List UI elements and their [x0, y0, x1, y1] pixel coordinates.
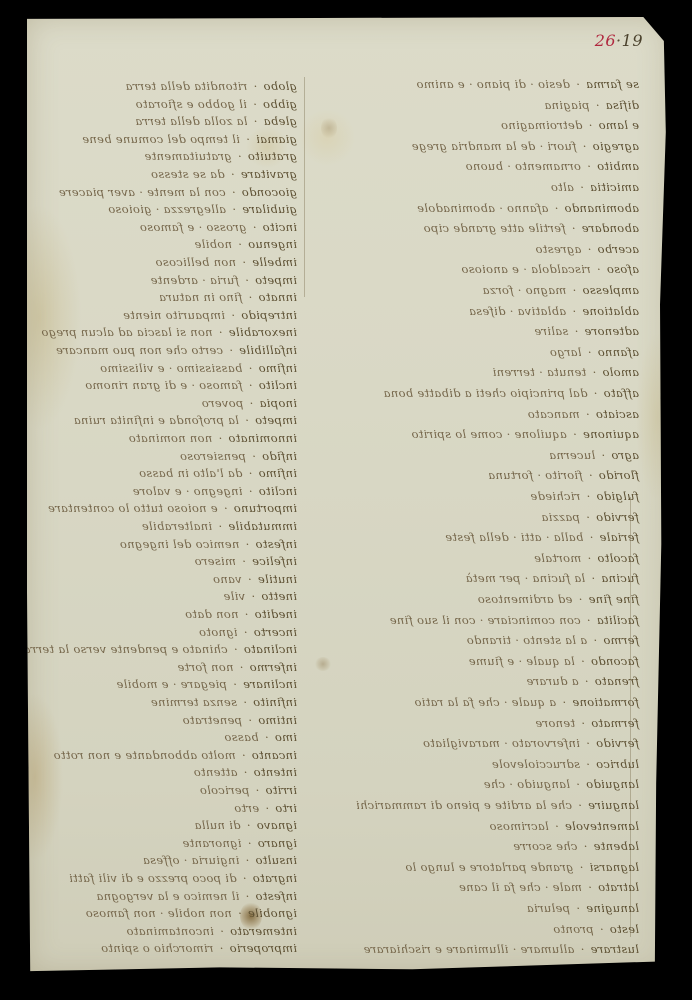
entry-headword: infimo	[258, 466, 297, 480]
entry-headword: infimo	[258, 361, 297, 375]
entry-headword: fervido	[596, 736, 639, 750]
entry-separator-dot: ·	[594, 922, 610, 936]
foxing-spot	[321, 117, 337, 139]
entry-definition: famoso · e di gran rinomo	[85, 378, 243, 392]
left-column-margin-rule	[304, 77, 305, 297]
entry-definition: salire	[534, 324, 568, 338]
entry-separator-dot: ·	[218, 501, 234, 515]
glossary-entry: imo·basso	[224, 730, 297, 744]
entry-separator-dot: ·	[213, 325, 229, 339]
entry-separator-dot: ·	[237, 871, 253, 885]
entry-separator-dot: ·	[549, 819, 565, 833]
folio-number-red: 26	[595, 31, 616, 50]
entry-headword: lubrico	[596, 757, 639, 771]
entry-headword: innato	[258, 290, 297, 304]
entry-separator-dot: ·	[236, 255, 252, 269]
entry-definition: vano	[213, 572, 242, 586]
entry-separator-dot: ·	[213, 941, 229, 955]
entry-separator-dot: ·	[242, 713, 258, 727]
entry-headword: inopia	[259, 396, 297, 410]
glossary-entry: infesto·nemico del ingegno	[120, 537, 297, 551]
entry-separator-dot: ·	[574, 180, 590, 194]
entry-definition: tenore	[535, 716, 575, 730]
entry-separator-dot: ·	[580, 736, 596, 750]
glossary-entry: frenato·a durare	[526, 674, 639, 688]
entry-definition: grosso · e famoso	[140, 220, 247, 234]
entry-headword: ignobile	[248, 906, 297, 920]
glossary-entry: lubrico·sdrucciolevole	[492, 757, 639, 771]
entry-definition: furia · ardente	[150, 273, 239, 287]
glossary-entry: fine fine·ed ardimentoso	[477, 592, 639, 606]
entry-separator-dot: ·	[259, 730, 275, 744]
entry-definition: la fucina · per metà	[465, 571, 585, 585]
glossary-entry: fucina·la fucina · per metà	[465, 571, 639, 585]
glossary-entry: labente·che scorre	[513, 839, 639, 853]
glossary-entry: fermo·a la stento · tirando	[467, 633, 639, 647]
glossary-entry: irrito·pericolo	[200, 783, 297, 797]
entry-separator-dot: ·	[575, 716, 591, 730]
entry-separator-dot: ·	[243, 378, 259, 392]
entry-separator-dot: ·	[582, 345, 598, 359]
glossary-entry: inclito·ingegno · e valore	[132, 484, 297, 498]
entry-definition: ingegno · e valore	[132, 484, 242, 498]
glossary-entry: ingenuo·nobile	[194, 237, 297, 251]
entry-headword: languido	[586, 777, 639, 791]
entry-headword: inclinare	[243, 677, 297, 691]
glossary-entry: latrato·male · che fa il cane	[459, 880, 639, 894]
entry-definition: penetrato	[182, 713, 242, 727]
entry-definition: gratuitamente	[144, 149, 231, 163]
entry-definition: aquilone · come lo spirito	[411, 427, 567, 441]
entry-headword: intrepido	[241, 308, 297, 322]
entry-headword: inclito	[258, 378, 297, 392]
glossary-entry: inclinare·piegare · e mobile	[116, 677, 297, 691]
entry-separator-dot: ·	[579, 674, 595, 688]
entry-headword: infallibile	[239, 343, 297, 357]
entry-separator-dot: ·	[570, 901, 586, 915]
entry-definition: mortale	[534, 551, 581, 565]
entry-definition: ignorante	[182, 836, 241, 850]
entry-headword: labente	[593, 839, 639, 853]
entry-headword: se farma	[586, 77, 639, 91]
entry-definition: a quale · che fa la ratio	[414, 695, 556, 709]
entry-separator-dot: ·	[572, 798, 588, 812]
foxing-spot	[315, 657, 331, 671]
entry-separator-dot: ·	[245, 589, 261, 603]
glossary-entry: florido·fiorito · fortuna	[488, 468, 639, 482]
glossary-entry: inclito·famoso · e di gran rinomo	[85, 378, 297, 392]
glossary-entry: facilita·con cominciare · con il suo fin…	[389, 613, 639, 627]
entry-definition: rimorchio o spinto	[101, 941, 213, 955]
entry-definition: non nobile · non famoso	[85, 906, 231, 920]
entry-separator-dot: ·	[587, 386, 603, 400]
entry-definition: pensieroso	[180, 449, 246, 463]
glossary-entry: agro·lucerna	[549, 448, 639, 462]
entry-headword: facilita	[597, 613, 639, 627]
entry-definition: che scorre	[513, 839, 577, 853]
entry-headword: imbelle	[252, 255, 297, 269]
entry-headword: infesto	[255, 537, 297, 551]
entry-separator-dot: ·	[232, 149, 248, 163]
entry-separator-dot: ·	[589, 98, 605, 112]
entry-separator-dot: ·	[226, 202, 242, 216]
entry-definition: la quale · e fiume	[469, 654, 575, 668]
entry-definition: erto	[234, 801, 259, 815]
entry-headword: impeto	[255, 413, 297, 427]
entry-definition: non bellicoso	[155, 255, 236, 269]
entry-definition: languido · che	[483, 777, 570, 791]
glossary-entry: inopia·povero	[202, 396, 298, 410]
entry-headword: impeto	[255, 273, 297, 287]
glossary-entry: affato·dal principio cheti a dibatte bon…	[383, 386, 639, 400]
entry-headword: irrito	[265, 783, 297, 797]
entry-definition: a durare	[526, 674, 578, 688]
entry-definition: allumare · illuminare e rischiarare	[363, 942, 574, 956]
glossary-entry: fervido·infervorato · maravigliato	[423, 736, 639, 750]
entry-definition: lucerna	[549, 448, 595, 462]
entry-separator-dot: ·	[591, 262, 607, 276]
entry-separator-dot: ·	[240, 132, 256, 146]
entry-definition: non nominato	[129, 431, 213, 445]
entry-definition: largo	[550, 345, 582, 359]
entry-headword: inetto	[261, 589, 297, 603]
entry-definition: piagina	[544, 98, 589, 112]
glossary-entry: formatione·a quale · che fa la ratio	[414, 695, 639, 709]
entry-separator-dot: ·	[556, 695, 572, 709]
entry-definition: attento	[193, 765, 237, 779]
entry-separator-dot: ·	[246, 220, 262, 234]
entry-definition: inalterabile	[142, 519, 213, 533]
entry-headword: infesto	[255, 889, 297, 903]
entry-definition: fiorito · fortuna	[488, 468, 583, 482]
entry-headword: gibbo	[263, 97, 297, 111]
entry-separator-dot: ·	[242, 572, 258, 586]
entry-headword: languire	[588, 798, 639, 812]
entry-headword: afoso	[607, 262, 639, 276]
entry-headword: importuno	[234, 501, 297, 515]
entry-headword: ambito	[597, 159, 639, 173]
glossary-entry: abominando·afanno · abominadole	[417, 201, 639, 215]
entry-separator-dot: ·	[212, 431, 228, 445]
entry-definition: ignoto	[199, 625, 238, 639]
entry-definition: pericolo	[200, 783, 250, 797]
entry-headword: facondo	[591, 654, 639, 668]
glossary-entry: gleba·la zolla della terra	[135, 114, 297, 128]
glossary-entry: infesto·il nemico e la vergogna	[96, 889, 297, 903]
glossary-entry: infinito·senza termine	[151, 695, 297, 709]
entry-separator-dot: ·	[566, 283, 582, 297]
entry-headword: ablatione	[582, 304, 639, 318]
entry-separator-dot: ·	[572, 592, 588, 606]
entry-separator-dot: ·	[576, 139, 592, 153]
glossary-entry: infallibile·certo che non puo mancare	[56, 343, 297, 357]
entry-headword: improperio	[229, 941, 297, 955]
entry-separator-dot: ·	[223, 343, 239, 357]
entry-headword: ingenuo	[248, 237, 297, 251]
glossary-entry: intemerato·incontaminato	[126, 924, 297, 938]
entry-definition: magno · forza	[482, 283, 566, 297]
entry-definition: riscaldola · e anoioso	[461, 262, 591, 276]
glossary-entry: innominato·non nominato	[129, 431, 298, 445]
entry-definition: basso	[224, 730, 258, 744]
glossary-entry: giocondo·con la mente · aver piacere	[59, 185, 297, 199]
entry-headword: lagnarsi	[589, 860, 639, 874]
entry-headword: intento	[253, 765, 297, 779]
entry-definition: impaurito niente	[123, 308, 225, 322]
entry-definition: pronto	[553, 922, 594, 936]
entry-definition: con la mente · aver piacere	[59, 185, 226, 199]
entry-definition: bassissimo · e vilissimo	[100, 361, 242, 375]
entry-headword: amolo	[602, 365, 639, 379]
glossary-entry: giubilare·allegrezza · gioioso	[108, 202, 297, 216]
entry-separator-dot: ·	[233, 660, 249, 674]
entry-separator-dot: ·	[567, 427, 583, 441]
glossary-entry: afanno·largo	[550, 345, 639, 359]
glossary-entry: ignavo·di nulla	[194, 818, 297, 832]
entry-separator-dot: ·	[259, 801, 275, 815]
entry-separator-dot: ·	[227, 677, 243, 691]
glossary-entry: gibbo·il gobbo e sfiorato	[135, 97, 297, 111]
entry-separator-dot: ·	[243, 396, 259, 410]
entry-separator-dot: ·	[566, 221, 582, 235]
entry-separator-dot: ·	[239, 273, 255, 287]
glossary-entry: globo·ritondita della terra	[125, 79, 297, 93]
entry-headword: giamai	[256, 132, 297, 146]
glossary-entry: afoso·riscaldola · e anoioso	[461, 262, 639, 276]
entry-separator-dot: ·	[583, 468, 599, 482]
entry-separator-dot: ·	[241, 818, 257, 832]
entry-definition: incontaminato	[126, 924, 214, 938]
glossary-entry: infermo·non forte	[177, 660, 297, 674]
entry-definition: ed ardimentoso	[477, 592, 572, 606]
entry-separator-dot: ·	[238, 625, 254, 639]
entry-definition: non forte	[177, 660, 233, 674]
entry-headword: inedito	[254, 607, 297, 621]
entry-definition: nobile	[194, 237, 232, 251]
entry-definition: agresto	[535, 242, 581, 256]
glossary-entry: immutabile·inalterabile	[142, 519, 297, 533]
entry-separator-dot: ·	[225, 167, 241, 181]
entry-definition: nemico del ingegno	[120, 537, 240, 551]
glossary-entry: lanugine·peluria	[527, 901, 639, 915]
entry-headword: abondare	[582, 221, 639, 235]
entry-separator-dot: ·	[239, 889, 255, 903]
glossary-entry: inedito·non dato	[185, 607, 297, 621]
entry-separator-dot: ·	[242, 466, 258, 480]
entry-definition: certo che non puo mancare	[56, 343, 223, 357]
glossary-entry: incito·grosso · e famoso	[140, 220, 297, 234]
entry-separator-dot: ·	[247, 114, 263, 128]
entry-headword: abominando	[564, 201, 639, 215]
entry-headword: amicitia	[590, 180, 639, 194]
glossary-entry: improperio·rimorchio o spinto	[101, 941, 297, 955]
entry-headword: fervido	[596, 510, 639, 524]
entry-definition: male · che fa il cane	[459, 880, 582, 894]
entry-definition: il tempo del comune bene	[82, 132, 240, 146]
entry-headword: lustrare	[590, 942, 639, 956]
entry-headword: ingrato	[253, 871, 297, 885]
glossary-entry: incerto·ignoto	[199, 625, 297, 639]
glossary-entry: infimo·da l'alto in basso	[139, 466, 297, 480]
entry-separator-dot: ·	[214, 924, 230, 938]
entry-headword: adtenore	[584, 324, 639, 338]
entry-separator-dot: ·	[238, 607, 254, 621]
glossary-entry: fulgido·richiede	[530, 489, 639, 503]
entry-definition: peluria	[527, 901, 570, 915]
entry-definition: fino in natura	[159, 290, 243, 304]
entry-definition: con cominciare · con il suo fine	[389, 613, 580, 627]
glossary-entry: inetto·vile	[223, 589, 297, 603]
entry-definition: non si lascia ad alcun prego	[41, 325, 212, 339]
glossary-entry: irto·erto	[234, 801, 297, 815]
entry-definition: la zolla della terra	[135, 114, 247, 128]
glossary-entry: facondo·la quale · e fiume	[469, 654, 639, 668]
glossary-entry: asciato·mancato	[528, 407, 639, 421]
entry-headword: imo	[275, 730, 297, 744]
glossary-entry: inexorabile·non si lascia ad alcun prego	[41, 325, 297, 339]
entry-headword: amplesso	[582, 283, 639, 297]
entry-headword: inclinato	[244, 642, 297, 656]
glossary-entry: amicitia·alto	[551, 180, 639, 194]
glossary-entry: inutile·vano	[213, 572, 297, 586]
entry-separator-dot: ·	[581, 242, 597, 256]
entry-separator-dot: ·	[566, 304, 582, 318]
glossary-entry: gratuito·gratuitamente	[144, 149, 297, 163]
entry-definition: e noioso tutto lo contentare	[48, 501, 218, 515]
entry-headword: insulto	[255, 853, 297, 867]
entry-separator-dot: ·	[247, 97, 263, 111]
entry-definition: ingiuria · offesa	[143, 853, 240, 867]
glossary-entry: fermato·tenore	[535, 716, 639, 730]
glossary-entry: agregio·fuori · de la mandria grege	[412, 139, 639, 153]
glossary-entry: adtenore·salire	[534, 324, 639, 338]
entry-definition: mancato	[528, 407, 580, 421]
glossary-entry: infido·pensieroso	[180, 449, 297, 463]
entry-definition: vile	[223, 589, 245, 603]
glossary-entry: ignobile·non nobile · non famoso	[85, 906, 297, 920]
entry-separator-dot: ·	[570, 77, 586, 91]
entry-headword: fine fine	[588, 592, 639, 606]
entry-headword: incanto	[252, 748, 297, 762]
glossary-entry: feriale·balla · atti · della feste	[445, 530, 639, 544]
entry-definition: ritondita della terra	[125, 79, 247, 93]
glossary-entry: difisa·piagina	[544, 98, 639, 112]
entry-separator-dot: ·	[225, 308, 241, 322]
entry-definition: a la stento · tirando	[467, 633, 588, 647]
entry-separator-dot: ·	[577, 839, 593, 853]
glossary-entry: incanto·molto abbondante e non rotto	[53, 748, 297, 762]
entry-separator-dot: ·	[580, 757, 596, 771]
entry-separator-dot: ·	[581, 159, 597, 173]
entry-separator-dot: ·	[228, 642, 244, 656]
glossary-entry: infimo·bassissimo · e vilissimo	[100, 361, 297, 375]
entry-separator-dot: ·	[236, 554, 252, 568]
folio-number-dark: 19	[622, 31, 643, 50]
glossary-entry: facolto·mortale	[534, 551, 639, 565]
entry-separator-dot: ·	[232, 237, 248, 251]
entry-definition: da se stesso	[151, 167, 225, 181]
entry-definition: misero	[194, 554, 236, 568]
entry-definition: afanno · abominadole	[417, 201, 548, 215]
entry-separator-dot: ·	[575, 654, 591, 668]
glossary-entry: giamai·il tempo del comune bene	[82, 132, 297, 146]
glossary-entry: lesto·pronto	[553, 922, 639, 936]
glossary-entry: impeto·furia · ardente	[150, 273, 297, 287]
entry-headword: affato	[603, 386, 639, 400]
entry-headword: florido	[599, 468, 639, 482]
entry-headword: immutabile	[228, 519, 297, 533]
entry-definition: detroimagino	[501, 118, 583, 132]
entry-headword: e lamo	[598, 118, 639, 132]
entry-headword: fermo	[603, 633, 639, 647]
glossary-entry: ablatione·ablativa · difesa	[469, 304, 639, 318]
entry-definition: la profonda e infinita ruina	[74, 413, 239, 427]
entry-headword: infermo	[249, 660, 297, 674]
entry-headword: intimo	[258, 713, 297, 727]
entry-separator-dot: ·	[243, 484, 259, 498]
glossary-entry: aquinone·aquilone · come lo spirito	[411, 427, 639, 441]
entry-headword: acerbo	[597, 242, 639, 256]
entry-definition: pazzia	[541, 510, 580, 524]
viewer-canvas: 26·19 se farma·desio · di piano · e anim…	[0, 0, 692, 1000]
entry-separator-dot: ·	[242, 361, 258, 375]
entry-headword: gratuito	[248, 149, 297, 163]
entry-separator-dot: ·	[570, 777, 586, 791]
entry-headword: ignavo	[256, 818, 297, 832]
glossary-entry: ignaro·ignorante	[182, 836, 297, 850]
entry-separator-dot: ·	[568, 324, 584, 338]
entry-separator-dot: ·	[585, 571, 601, 585]
entry-separator-dot: ·	[247, 79, 263, 93]
entry-separator-dot: ·	[581, 551, 597, 565]
glossary-entry: ambito·ornamento · buono	[465, 159, 639, 173]
manuscript-page: 26·19 se farma·desio · di piano · e anim…	[27, 17, 669, 975]
entry-separator-dot: ·	[237, 765, 253, 779]
entry-headword: formatione	[572, 695, 639, 709]
entry-headword: intemerato	[230, 924, 297, 938]
entry-separator-dot: ·	[236, 748, 252, 762]
glossary-entry: languido·languido · che	[483, 777, 639, 791]
entry-headword: infinito	[253, 695, 297, 709]
entry-definition: tenuta · terreni	[492, 365, 586, 379]
glossary-entry: amolo·tenuta · terreni	[492, 365, 639, 379]
entry-headword: inutile	[258, 572, 297, 586]
entry-separator-dot: ·	[246, 449, 262, 463]
glossary-entry: importuno·e noioso tutto lo contentare	[48, 501, 297, 515]
entry-headword: asciato	[596, 407, 639, 421]
entry-definition: grande parlatore e lungo lo	[405, 860, 573, 874]
entry-definition: alto	[551, 180, 574, 194]
entry-headword: aquinone	[583, 427, 639, 441]
entry-headword: gleba	[263, 114, 297, 128]
entry-definition: chinato e pendente verso la terra	[23, 642, 227, 656]
glossary-entry: insulto·ingiuria · offesa	[143, 853, 297, 867]
entry-separator-dot: ·	[237, 695, 253, 709]
entry-separator-dot: ·	[239, 413, 255, 427]
entry-headword: inexorabile	[229, 325, 297, 339]
entry-headword: gravitare	[241, 167, 297, 181]
entry-separator-dot: ·	[595, 448, 611, 462]
entry-headword: frenato	[595, 674, 639, 688]
entry-separator-dot: ·	[226, 185, 242, 199]
entry-definition: di poco prezzo e di vili fatti	[69, 871, 237, 885]
entry-headword: lamentevole	[565, 819, 639, 833]
entry-definition: ablativa · difesa	[469, 304, 566, 318]
glossary-entry: innato·fino in natura	[159, 290, 297, 304]
entry-definition: fuori · de la mandria grege	[412, 139, 577, 153]
entry-headword: incito	[262, 220, 297, 234]
entry-headword: infelice	[252, 554, 297, 568]
